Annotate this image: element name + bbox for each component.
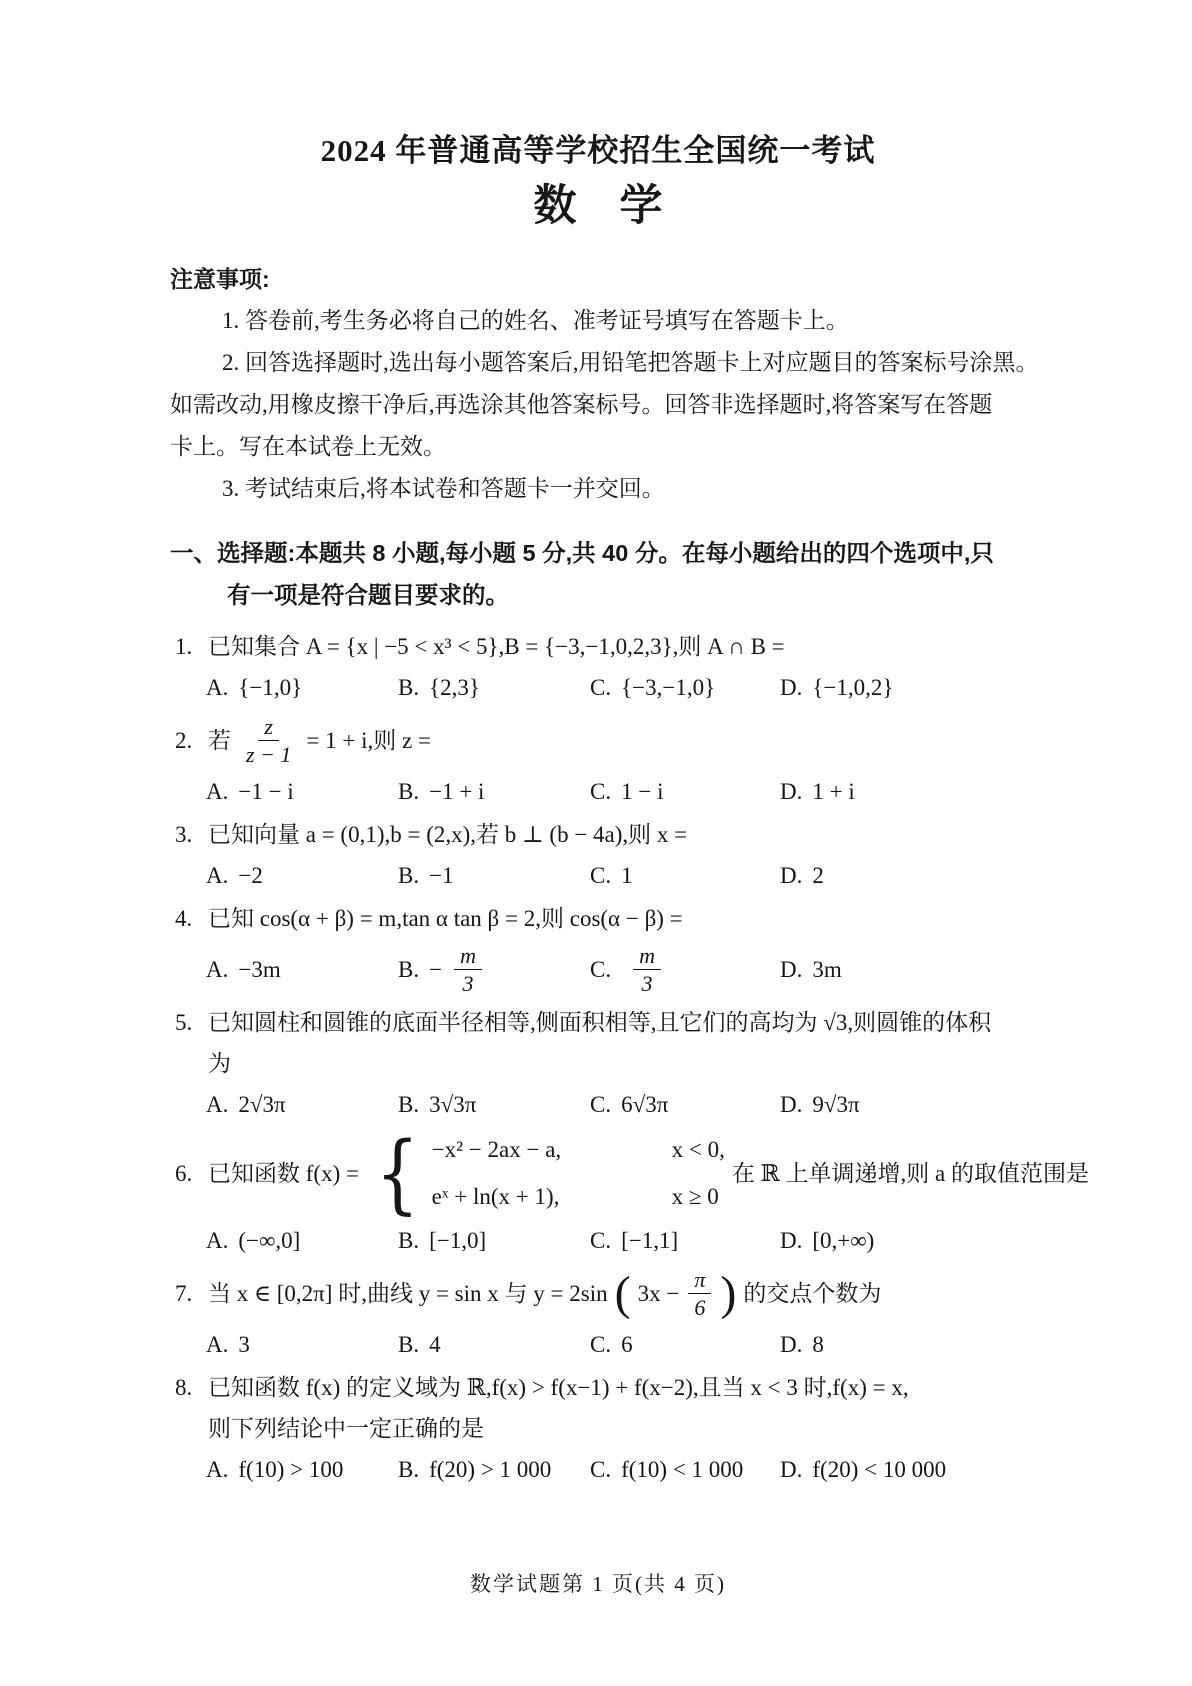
option-label: A. — [206, 1449, 228, 1490]
question-number: 8. — [170, 1367, 208, 1408]
option-text: 1 — [621, 855, 633, 896]
stem-prefix: 已知函数 f(x) = — [208, 1153, 359, 1194]
option-label: A. — [206, 855, 228, 896]
option-label: B. — [398, 1220, 419, 1261]
option-text: 1 + i — [812, 771, 854, 812]
option-text: 2 — [812, 855, 824, 896]
right-paren-icon: ) — [720, 1272, 736, 1316]
option-text: 2√3π — [238, 1084, 285, 1125]
piecewise-case: eˣ + ln(x + 1),x ≥ 0 — [432, 1178, 725, 1216]
fraction: m3 — [454, 942, 482, 997]
question-4-option-c: C.m3 — [590, 939, 780, 1000]
question-stem: 已知向量 a = (0,1),b = (2,x),若 b ⊥ (b − 4a),… — [208, 814, 1026, 855]
option-label: C. — [590, 1220, 611, 1261]
question-stem: 已知 cos(α + β) = m,tan α tan β = 2,则 cos(… — [208, 898, 1026, 939]
option-text: f(10) > 100 — [238, 1449, 343, 1490]
question-1-options: A.{−1,0} B.{2,3} C.{−3,−1,0} D.{−1,0,2} — [206, 667, 1026, 708]
option-text: 4 — [429, 1324, 441, 1365]
exam-page: 2024 年普通高等学校招生全国统一考试 数 学 注意事项: 1. 答卷前,考生… — [0, 0, 1192, 1686]
option-text: 3√3π — [429, 1084, 476, 1125]
question-number: 6. — [170, 1153, 208, 1194]
piecewise-cases: −x² − 2ax − a,x < 0, eˣ + ln(x + 1),x ≥ … — [432, 1127, 725, 1220]
question-8: 8. 已知函数 f(x) 的定义域为 ℝ,f(x) > f(x−1) + f(x… — [170, 1367, 1026, 1490]
option-text: f(10) < 1 000 — [621, 1449, 743, 1490]
question-6-option-d: D.[0,+∞) — [780, 1220, 1026, 1261]
option-text: 3 — [238, 1324, 250, 1365]
option-text: f(20) > 1 000 — [429, 1449, 551, 1490]
stem-line: 则下列结论中一定正确的是 — [208, 1408, 1026, 1449]
option-label: C. — [590, 771, 611, 812]
question-7-options: A.3 B.4 C.6 D.8 — [206, 1324, 1026, 1365]
option-text: 6 — [621, 1324, 633, 1365]
question-number: 2. — [170, 720, 208, 761]
option-label: D. — [780, 1220, 802, 1261]
question-3-options: A.−2 B.−1 C.1 D.2 — [206, 855, 1026, 896]
question-1-option-d: D.{−1,0,2} — [780, 667, 1026, 708]
option-sign: − — [429, 949, 442, 990]
option-label: C. — [590, 667, 611, 708]
question-list: 1. 已知集合 A = {x | −5 < x³ < 5},B = {−3,−1… — [170, 624, 1026, 1490]
stem-suffix: 在 ℝ 上单调递增,则 a 的取值范围是 — [732, 1153, 1089, 1194]
fraction: z z − 1 — [240, 713, 297, 768]
option-text: f(20) < 10 000 — [812, 1449, 946, 1490]
option-text: (−∞,0] — [238, 1220, 300, 1261]
option-text: {2,3} — [429, 667, 480, 708]
question-1-option-b: B.{2,3} — [398, 667, 590, 708]
option-text: {−3,−1,0} — [621, 667, 715, 708]
option-text: 1 − i — [621, 771, 663, 812]
stem-suffix: 的交点个数为 — [743, 1273, 881, 1314]
exam-title: 2024 年普通高等学校招生全国统一考试 — [170, 130, 1026, 172]
question-1-option-a: A.{−1,0} — [206, 667, 398, 708]
notice-heading: 注意事项: — [170, 258, 1026, 300]
question-7-option-d: D.8 — [780, 1324, 1026, 1365]
option-label: D. — [780, 1324, 802, 1365]
question-6: 6. 已知函数 f(x) = { −x² − 2ax − a,x < 0, eˣ… — [170, 1127, 1026, 1261]
question-6-option-b: B.[−1,0] — [398, 1220, 590, 1261]
question-stem: 已知圆柱和圆锥的底面半径相等,侧面积相等,且它们的高均为 √3,则圆锥的体积 为 — [208, 1002, 1026, 1084]
piecewise-case: −x² − 2ax − a,x < 0, — [432, 1131, 725, 1169]
question-5: 5. 已知圆柱和圆锥的底面半径相等,侧面积相等,且它们的高均为 √3,则圆锥的体… — [170, 1002, 1026, 1125]
option-label: D. — [780, 949, 802, 990]
fraction: m3 — [633, 942, 661, 997]
question-3: 3. 已知向量 a = (0,1),b = (2,x),若 b ⊥ (b − 4… — [170, 814, 1026, 896]
option-label: D. — [780, 1084, 802, 1125]
exam-subject: 数 学 — [170, 180, 1026, 234]
option-text: −3m — [238, 949, 280, 990]
question-number: 1. — [170, 626, 208, 667]
question-7: 7. 当 x ∈ [0,2π] 时,曲线 y = sin x 与 y = 2si… — [170, 1263, 1026, 1365]
question-3-option-b: B.−1 — [398, 855, 590, 896]
question-1: 1. 已知集合 A = {x | −5 < x³ < 5},B = {−3,−1… — [170, 626, 1026, 708]
question-3-option-a: A.−2 — [206, 855, 398, 896]
case-condition: x ≥ 0 — [672, 1178, 725, 1216]
question-stem: 已知函数 f(x) 的定义域为 ℝ,f(x) > f(x−1) + f(x−2)… — [208, 1367, 1026, 1449]
stem-prefix: 当 x ∈ [0,2π] 时,曲线 y = sin x 与 y = 2sin — [208, 1273, 608, 1314]
question-7-option-b: B.4 — [398, 1324, 590, 1365]
question-2-option-b: B.−1 + i — [398, 771, 590, 812]
question-8-option-c: C.f(10) < 1 000 — [590, 1449, 780, 1490]
question-5-option-b: B.3√3π — [398, 1084, 590, 1125]
option-label: C. — [590, 855, 611, 896]
option-text: [−1,1] — [621, 1220, 678, 1261]
option-label: A. — [206, 1084, 228, 1125]
question-4: 4. 已知 cos(α + β) = m,tan α tan β = 2,则 c… — [170, 898, 1026, 1000]
notice-section: 注意事项: 1. 答卷前,考生务必将自己的姓名、准考证号填写在答题卡上。 2. … — [170, 258, 1026, 510]
option-label: C. — [590, 1084, 611, 1125]
question-5-option-a: A.2√3π — [206, 1084, 398, 1125]
option-text: 8 — [812, 1324, 824, 1365]
question-stem: 已知集合 A = {x | −5 < x³ < 5},B = {−3,−1,0,… — [208, 626, 1026, 667]
question-3-option-c: C.1 — [590, 855, 780, 896]
option-text: 9√3π — [812, 1084, 859, 1125]
question-2-option-a: A.−1 − i — [206, 771, 398, 812]
question-5-option-d: D.9√3π — [780, 1084, 1026, 1125]
question-stem: 已知函数 f(x) = { −x² − 2ax − a,x < 0, eˣ + … — [208, 1127, 1089, 1220]
section-heading-line-2: 有一项是符合题目要求的。 — [170, 574, 1026, 616]
option-label: D. — [780, 771, 802, 812]
question-number: 3. — [170, 814, 208, 855]
question-stem: 当 x ∈ [0,2π] 时,曲线 y = sin x 与 y = 2sin (… — [208, 1263, 1026, 1324]
question-5-options: A.2√3π B.3√3π C.6√3π D.9√3π — [206, 1084, 1026, 1125]
option-text: −1 + i — [429, 771, 484, 812]
question-6-option-c: C.[−1,1] — [590, 1220, 780, 1261]
option-label: A. — [206, 667, 228, 708]
question-number: 5. — [170, 1002, 208, 1043]
notice-item-3: 3. 考试结束后,将本试卷和答题卡一并交回。 — [170, 468, 1026, 510]
option-label: A. — [206, 1324, 228, 1365]
stem-line: 已知圆柱和圆锥的底面半径相等,侧面积相等,且它们的高均为 √3,则圆锥的体积 — [208, 1002, 1026, 1043]
option-text: [−1,0] — [429, 1220, 486, 1261]
section-heading: 一、选择题:本题共 8 小题,每小题 5 分,共 40 分。在每小题给出的四个选… — [170, 532, 1026, 616]
exam-header: 2024 年普通高等学校招生全国统一考试 数 学 — [170, 130, 1026, 234]
question-2-option-d: D.1 + i — [780, 771, 1026, 812]
question-7-option-a: A.3 — [206, 1324, 398, 1365]
option-text: [0,+∞) — [812, 1220, 874, 1261]
question-2-options: A.−1 − i B.−1 + i C.1 − i D.1 + i — [206, 771, 1026, 812]
question-6-options: A.(−∞,0] B.[−1,0] C.[−1,1] D.[0,+∞) — [206, 1220, 1026, 1261]
fraction: π 6 — [688, 1266, 711, 1321]
fraction-denominator: 3 — [457, 970, 480, 997]
piecewise-brace-icon: { — [375, 1135, 419, 1213]
notice-item-1: 1. 答卷前,考生务必将自己的姓名、准考证号填写在答题卡上。 — [170, 300, 1026, 342]
question-stem: 若 z z − 1 = 1 + i,则 z = — [208, 710, 1026, 771]
question-7-option-c: C.6 — [590, 1324, 780, 1365]
option-text: −1 — [429, 855, 453, 896]
notice-item-2-line-2: 如需改动,用橡皮擦干净后,再选涂其他答案标号。回答非选择题时,将答案写在答题 — [170, 384, 1026, 426]
question-2-option-c: C.1 − i — [590, 771, 780, 812]
stem-prefix: 若 — [208, 720, 231, 761]
case-condition: x < 0, — [672, 1131, 725, 1169]
option-label: B. — [398, 667, 419, 708]
question-2: 2. 若 z z − 1 = 1 + i,则 z = A.−1 − i B.−1… — [170, 710, 1026, 812]
option-label: A. — [206, 949, 228, 990]
option-label: B. — [398, 855, 419, 896]
option-label: C. — [590, 1324, 611, 1365]
notice-item-2-line-3: 卡上。写在本试卷上无效。 — [170, 426, 1026, 468]
question-8-option-d: D.f(20) < 10 000 — [780, 1449, 1026, 1490]
option-label: B. — [398, 1449, 419, 1490]
question-number: 7. — [170, 1273, 208, 1314]
fraction-numerator: m — [454, 942, 482, 970]
option-label: A. — [206, 1220, 228, 1261]
option-label: B. — [398, 949, 419, 990]
option-label: D. — [780, 1449, 802, 1490]
fraction-numerator: m — [633, 942, 661, 970]
fraction-denominator: 3 — [636, 970, 659, 997]
question-8-options: A.f(10) > 100 B.f(20) > 1 000 C.f(10) < … — [206, 1449, 1026, 1490]
option-text: {−1,0,2} — [812, 667, 893, 708]
fraction-denominator: z − 1 — [240, 741, 297, 768]
stem-line: 已知函数 f(x) 的定义域为 ℝ,f(x) > f(x−1) + f(x−2)… — [208, 1367, 1026, 1408]
question-4-option-d: D.3m — [780, 939, 1026, 1000]
option-text: 3m — [812, 949, 841, 990]
option-label: D. — [780, 855, 802, 896]
option-text: 6√3π — [621, 1084, 668, 1125]
question-4-option-b: B.−m3 — [398, 939, 590, 1000]
question-6-option-a: A.(−∞,0] — [206, 1220, 398, 1261]
stem-line: 为 — [208, 1043, 1026, 1084]
option-label: B. — [398, 1324, 419, 1365]
question-3-option-d: D.2 — [780, 855, 1026, 896]
question-5-option-c: C.6√3π — [590, 1084, 780, 1125]
option-text: −2 — [238, 855, 262, 896]
fraction-numerator: z — [258, 713, 279, 741]
option-label: B. — [398, 1084, 419, 1125]
option-label: D. — [780, 667, 802, 708]
case-expression: −x² − 2ax − a, — [432, 1131, 664, 1169]
option-text: −1 − i — [238, 771, 293, 812]
notice-item-2-line-1: 2. 回答选择题时,选出每小题答案后,用铅笔把答题卡上对应题目的答案标号涂黑。 — [170, 342, 1026, 384]
case-expression: eˣ + ln(x + 1), — [432, 1178, 664, 1216]
section-heading-line-1: 一、选择题:本题共 8 小题,每小题 5 分,共 40 分。在每小题给出的四个选… — [170, 532, 1026, 574]
option-label: B. — [398, 771, 419, 812]
question-1-option-c: C.{−3,−1,0} — [590, 667, 780, 708]
option-label: C. — [590, 949, 611, 990]
question-8-option-a: A.f(10) > 100 — [206, 1449, 398, 1490]
question-8-option-b: B.f(20) > 1 000 — [398, 1449, 590, 1490]
stem-suffix: = 1 + i,则 z = — [306, 720, 431, 761]
page-footer: 数学试题第 1 页(共 4 页) — [170, 1570, 1026, 1598]
fraction-denominator: 6 — [688, 1294, 711, 1321]
question-4-option-a: A.−3m — [206, 939, 398, 1000]
option-label: C. — [590, 1449, 611, 1490]
option-text: {−1,0} — [238, 667, 302, 708]
fraction-numerator: π — [688, 1266, 711, 1294]
stem-inner: 3x − — [638, 1273, 680, 1314]
question-4-options: A.−3m B.−m3 C.m3 D.3m — [206, 939, 1026, 1000]
question-number: 4. — [170, 898, 208, 939]
left-paren-icon: ( — [615, 1272, 631, 1316]
option-label: A. — [206, 771, 228, 812]
